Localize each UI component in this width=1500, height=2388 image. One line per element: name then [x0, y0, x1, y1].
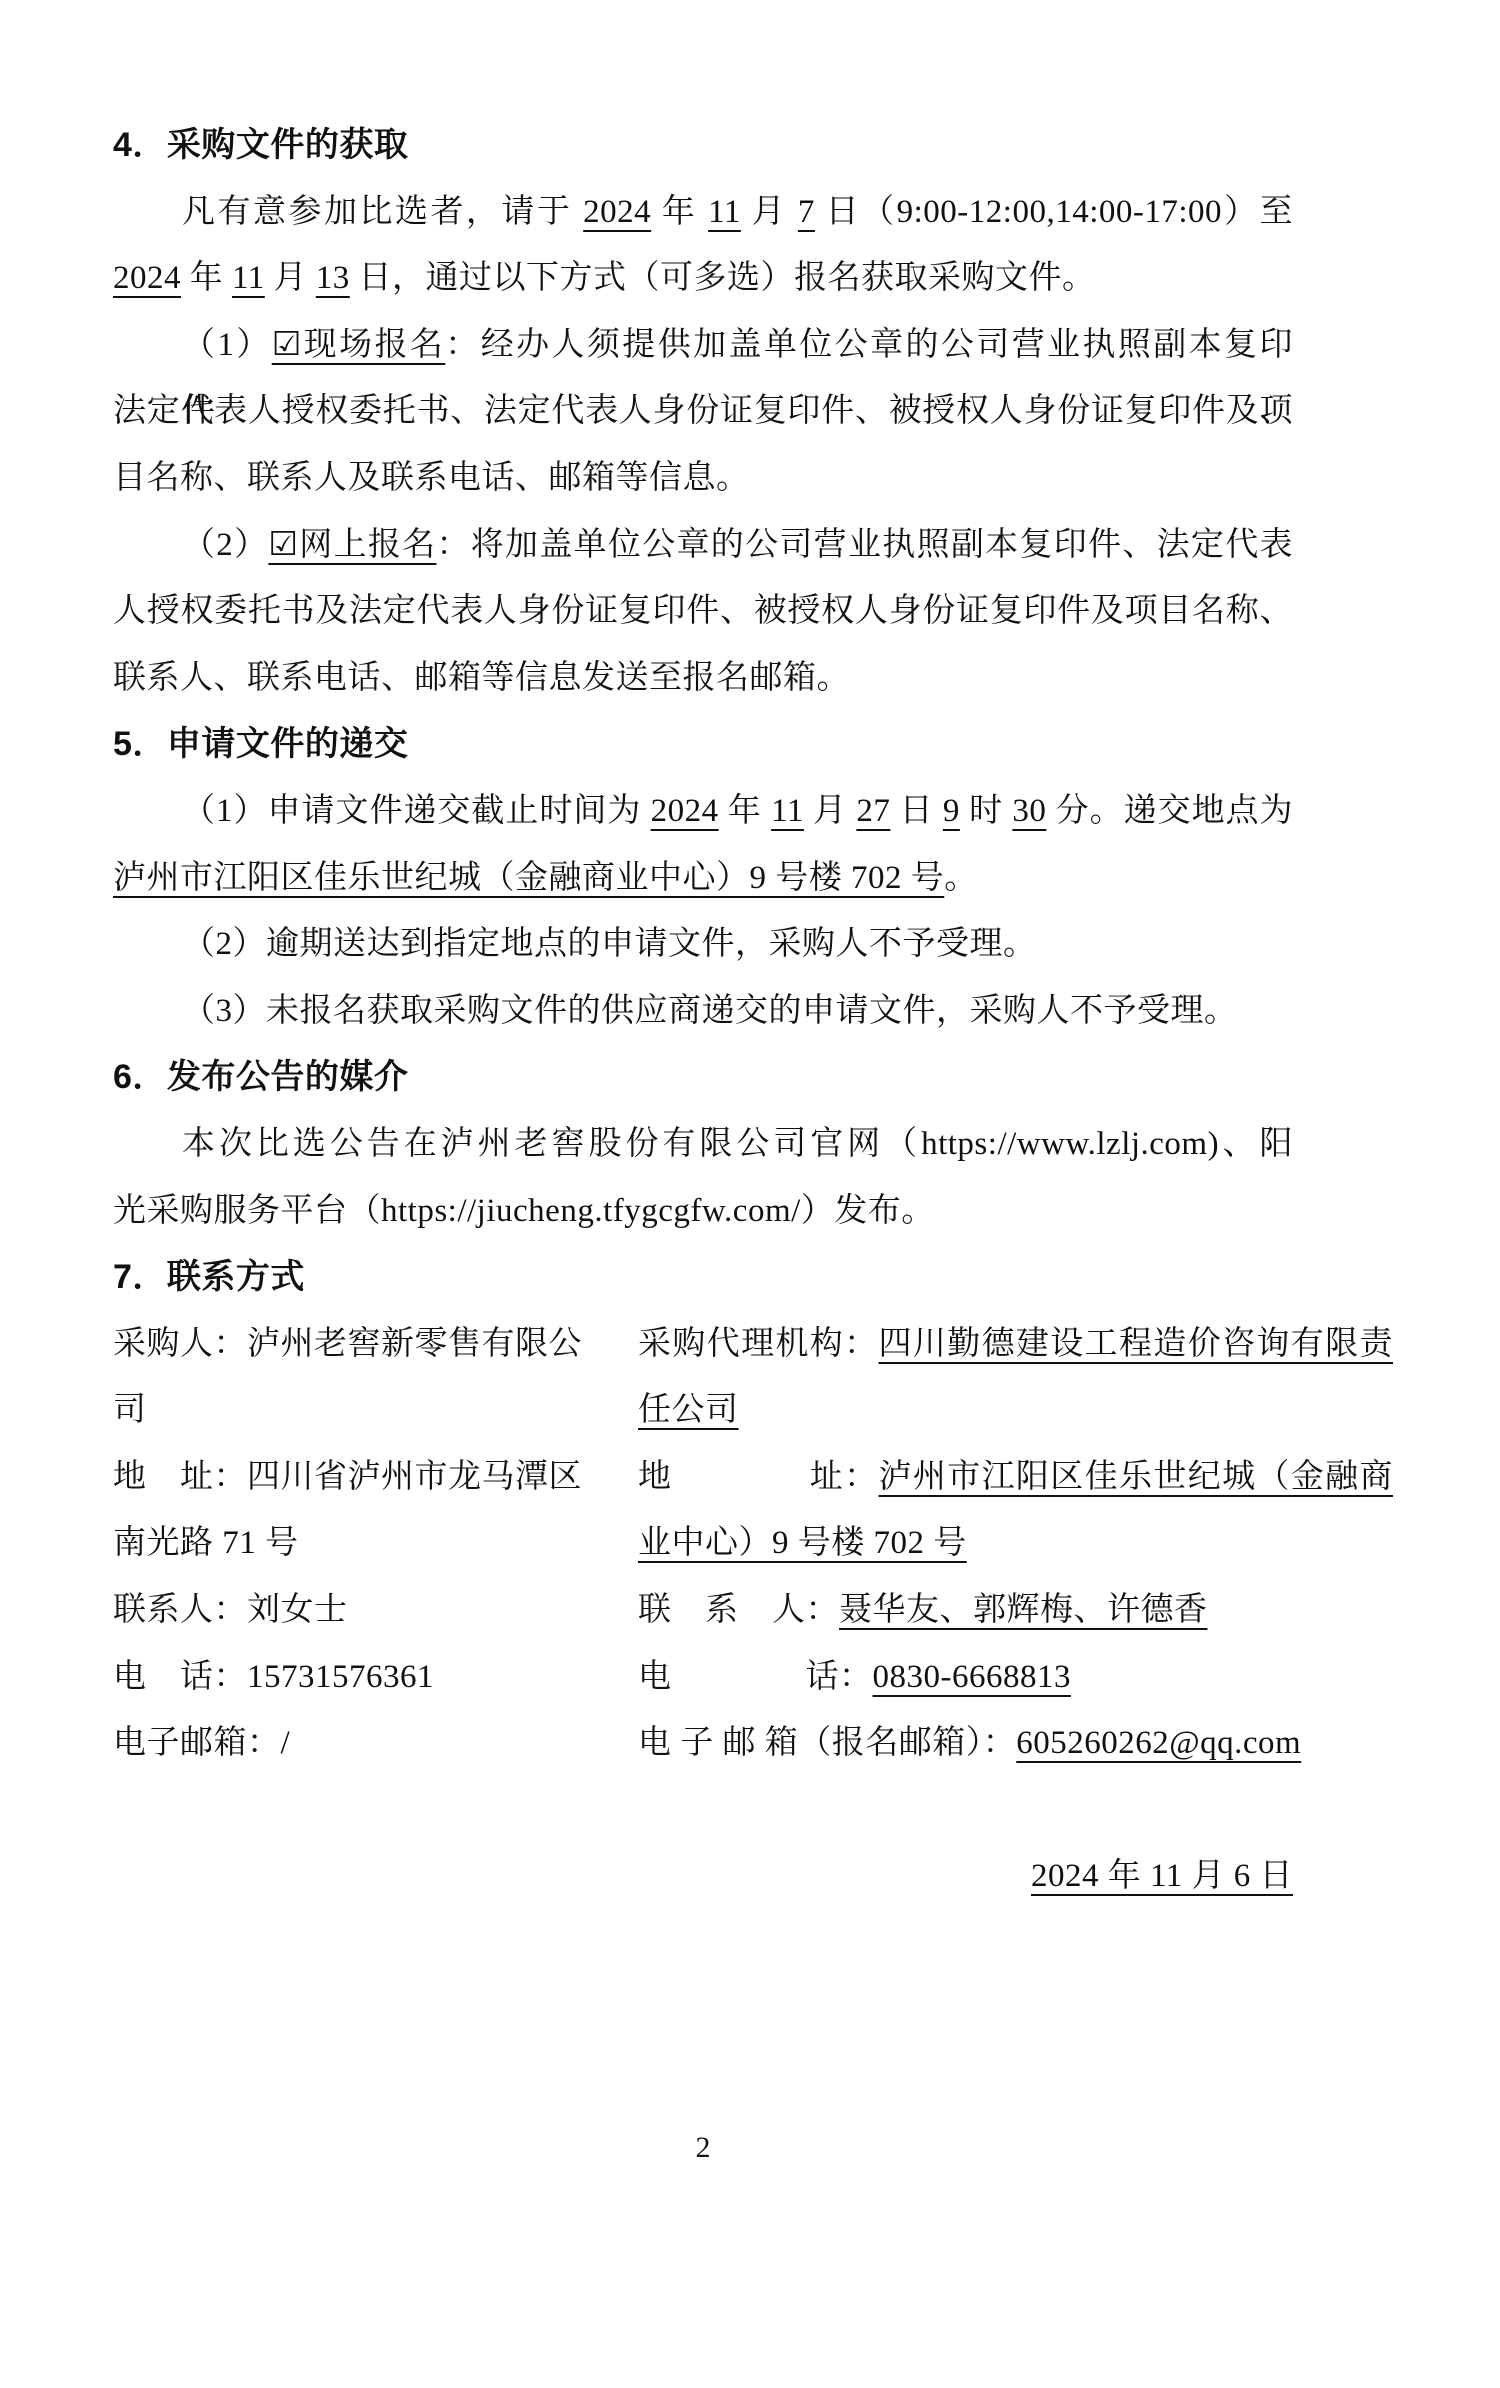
- underlined-text: 605260262@qq.com: [1016, 1725, 1301, 1761]
- underlined-text: ☑网上报名: [268, 527, 436, 563]
- s5-paragraph3-line1: （3）未报名获取采购文件的供应商递交的申请文件，采购人不予受理。: [113, 978, 1293, 1045]
- purchaser-address-cont: 南光路 71 号: [113, 1510, 638, 1577]
- s4-paragraph1-line2: 2024 年 11 月 13 日，通过以下方式（可多选）报名获取采购文件。: [113, 245, 1293, 312]
- text-run: 电 话：15731576361: [113, 1659, 434, 1695]
- text-run: 司: [113, 1392, 147, 1428]
- s4-paragraph3-line3: 联系人、联系电话、邮箱等信息发送至报名邮箱。: [113, 645, 1293, 712]
- text-run: 年: [719, 793, 771, 829]
- text-run: 光采购服务平台（https://jiucheng.tfygcgfw.com/）发…: [113, 1193, 935, 1229]
- text-run: 联 系 人：: [638, 1592, 839, 1628]
- contact-row: 地 址：四川省泸州市龙马潭区 地 址：泸州市江阳区佳乐世纪城（金融商: [113, 1444, 1393, 1511]
- agency-email: 电 子 邮 箱（报名邮箱）：605260262@qq.com: [638, 1710, 1393, 1777]
- text-run: 联系人、联系电话、邮箱等信息发送至报名邮箱。: [113, 660, 850, 696]
- contact-row: 司 任公司: [113, 1377, 1393, 1444]
- s5-paragraph1-line1: （1）申请文件递交截止时间为 2024 年 11 月 27 日 9 时 30 分…: [113, 778, 1293, 845]
- purchaser-contact-person: 联系人：刘女士: [113, 1577, 638, 1644]
- underlined-text: 泸州市江阳区佳乐世纪城（金融商: [879, 1459, 1394, 1495]
- text-run: 采购人：泸州老窖新零售有限公: [113, 1326, 582, 1362]
- section-6-announcement-media: 6．发布公告的媒介 本次比选公告在泸州老窖股份有限公司官网（https://ww…: [113, 1044, 1293, 1244]
- text-run: （1）: [182, 327, 272, 363]
- underlined-text: 11: [232, 260, 265, 296]
- text-run: 月: [741, 194, 798, 230]
- underlined-text: 聂华友、郭辉梅、许德香: [839, 1592, 1208, 1628]
- contact-table: 采购人：泸州老窖新零售有限公 采购代理机构：四川勤德建设工程造价咨询有限责 司 …: [113, 1311, 1393, 1777]
- text-run: 本次比选公告在泸州老窖股份有限公司官网（https://www.lzlj.com…: [182, 1126, 1293, 1162]
- purchaser-phone: 电 话：15731576361: [113, 1644, 638, 1711]
- text-run: 地 址：四川省泸州市龙马潭区: [113, 1459, 582, 1495]
- page-number: 2: [113, 2128, 1293, 2168]
- agency-name: 采购代理机构：四川勤德建设工程造价咨询有限责: [638, 1311, 1393, 1378]
- underlined-text: ☑现场报名: [272, 327, 446, 363]
- s4-paragraph2-line3: 目名称、联系人及联系电话、邮箱等信息。: [113, 445, 1293, 512]
- underlined-text: 7: [798, 194, 815, 230]
- section-6-heading: 6．发布公告的媒介: [113, 1044, 1293, 1111]
- agency-name-cont: 任公司: [638, 1377, 1393, 1444]
- purchaser-address: 地 址：四川省泸州市龙马潭区: [113, 1444, 638, 1511]
- text-run: （1）申请文件递交截止时间为: [182, 793, 651, 829]
- text-run: 采购代理机构：: [638, 1326, 879, 1362]
- underlined-text: 业中心）9 号楼 702 号: [638, 1525, 967, 1561]
- underlined-text: 2024: [583, 194, 651, 230]
- section-7-contact-information: 7．联系方式 采购人：泸州老窖新零售有限公 采购代理机构：四川勤德建设工程造价咨…: [113, 1244, 1293, 1777]
- underlined-text: 四川勤德建设工程造价咨询有限责: [879, 1326, 1394, 1362]
- text-run: 时: [960, 793, 1012, 829]
- document-content: 4．采购文件的获取 凡有意参加比选者，请于 2024 年 11 月 7 日（9:…: [113, 112, 1293, 1910]
- text-run: 凡有意参加比选者，请于: [182, 194, 583, 230]
- section-5-heading: 5．申请文件的递交: [113, 711, 1293, 778]
- section-4-heading: 4．采购文件的获取: [113, 112, 1293, 179]
- document-date: 2024 年 11 月 6 日: [113, 1843, 1293, 1910]
- underlined-text: 27: [856, 793, 890, 829]
- text-run: 人授权委托书及法定代表人身份证复印件、被授权人身份证复印件及项目名称、: [113, 593, 1293, 629]
- underlined-text: 0830-6668813: [873, 1659, 1072, 1695]
- underlined-text: 11: [708, 194, 741, 230]
- s4-paragraph3-line2: 人授权委托书及法定代表人身份证复印件、被授权人身份证复印件及项目名称、: [113, 578, 1293, 645]
- text-run: 日（9:00-12:00,14:00-17:00）至: [815, 194, 1293, 230]
- text-run: ：将加盖单位公章的公司营业执照副本复印件、法定代表: [436, 527, 1293, 563]
- text-run: 月: [804, 793, 856, 829]
- contact-row: 电子邮箱：/ 电 子 邮 箱（报名邮箱）：605260262@qq.com: [113, 1710, 1393, 1777]
- contact-row: 电 话：15731576361 电 话：0830-6668813: [113, 1644, 1393, 1711]
- text-run: 法定代表人授权委托书、法定代表人身份证复印件、被授权人身份证复印件及项: [113, 393, 1293, 429]
- section-7-heading: 7．联系方式: [113, 1244, 1293, 1311]
- s5-paragraph1-line2: 泸州市江阳区佳乐世纪城（金融商业中心）9 号楼 702 号。: [113, 845, 1293, 912]
- agency-contact-person: 联 系 人：聂华友、郭辉梅、许德香: [638, 1577, 1393, 1644]
- text-run: 月: [265, 260, 316, 296]
- agency-address: 地 址：泸州市江阳区佳乐世纪城（金融商: [638, 1444, 1393, 1511]
- contact-row: 联系人：刘女士 联 系 人：聂华友、郭辉梅、许德香: [113, 1577, 1393, 1644]
- purchaser-email: 电子邮箱：/: [113, 1710, 638, 1777]
- contact-row: 采购人：泸州老窖新零售有限公 采购代理机构：四川勤德建设工程造价咨询有限责: [113, 1311, 1393, 1378]
- blank-line: [113, 1777, 1293, 1844]
- text-run: 南光路 71 号: [113, 1525, 299, 1561]
- text-run: 联系人：刘女士: [113, 1592, 348, 1628]
- text-run: 电 子 邮 箱（报名邮箱）：: [638, 1725, 1016, 1761]
- text-run: 年: [651, 194, 708, 230]
- s4-paragraph2-line1: （1）☑现场报名：经办人须提供加盖单位公章的公司营业执照副本复印件、: [113, 312, 1293, 379]
- text-run: 地 址：: [638, 1459, 879, 1495]
- agency-address-cont: 业中心）9 号楼 702 号: [638, 1510, 1393, 1577]
- text-run: 。: [944, 860, 978, 896]
- text-run: 目名称、联系人及联系电话、邮箱等信息。: [113, 460, 750, 496]
- s6-paragraph1-line1: 本次比选公告在泸州老窖股份有限公司官网（https://www.lzlj.com…: [113, 1111, 1293, 1178]
- underlined-text: 泸州市江阳区佳乐世纪城（金融商业中心）9 号楼 702 号: [113, 860, 944, 896]
- underlined-text: 11: [771, 793, 804, 829]
- text-run: 年: [181, 260, 232, 296]
- underlined-text: 2024 年 11 月 6 日: [1031, 1858, 1293, 1894]
- text-run: 电子邮箱：/: [113, 1725, 290, 1761]
- s4-paragraph1-line1: 凡有意参加比选者，请于 2024 年 11 月 7 日（9:00-12:00,1…: [113, 179, 1293, 246]
- text-run: （3）未报名获取采购文件的供应商递交的申请文件，采购人不予受理。: [182, 993, 1238, 1029]
- purchaser-name: 采购人：泸州老窖新零售有限公: [113, 1311, 638, 1378]
- s4-paragraph2-line2: 法定代表人授权委托书、法定代表人身份证复印件、被授权人身份证复印件及项: [113, 378, 1293, 445]
- underlined-text: 2024: [113, 260, 181, 296]
- document-page: 4．采购文件的获取 凡有意参加比选者，请于 2024 年 11 月 7 日（9:…: [0, 0, 1500, 2388]
- s5-paragraph2-line1: （2）逾期送达到指定地点的申请文件，采购人不予受理。: [113, 911, 1293, 978]
- underlined-text: 13: [316, 260, 350, 296]
- text-run: （2）逾期送达到指定地点的申请文件，采购人不予受理。: [182, 926, 1037, 962]
- text-run: 日，通过以下方式（可多选）报名获取采购文件。: [350, 260, 1096, 296]
- s4-paragraph3-line1: （2）☑网上报名：将加盖单位公章的公司营业执照副本复印件、法定代表: [113, 512, 1293, 579]
- text-run: （2）: [182, 527, 268, 563]
- text-run: 分。递交地点为: [1046, 793, 1293, 829]
- purchaser-name-cont: 司: [113, 1377, 638, 1444]
- section-5-application-file-submission: 5．申请文件的递交 （1）申请文件递交截止时间为 2024 年 11 月 27 …: [113, 711, 1293, 1044]
- agency-phone: 电 话：0830-6668813: [638, 1644, 1393, 1711]
- text-run: 电 话：: [638, 1659, 873, 1695]
- underlined-text: 2024: [651, 793, 719, 829]
- section-4-procurement-file-acquisition: 4．采购文件的获取 凡有意参加比选者，请于 2024 年 11 月 7 日（9:…: [113, 112, 1293, 711]
- contact-row: 南光路 71 号 业中心）9 号楼 702 号: [113, 1510, 1393, 1577]
- s6-paragraph1-line2: 光采购服务平台（https://jiucheng.tfygcgfw.com/）发…: [113, 1178, 1293, 1245]
- text-run: 日: [890, 793, 942, 829]
- underlined-text: 9: [943, 793, 960, 829]
- underlined-text: 30: [1012, 793, 1046, 829]
- underlined-text: 任公司: [638, 1392, 739, 1428]
